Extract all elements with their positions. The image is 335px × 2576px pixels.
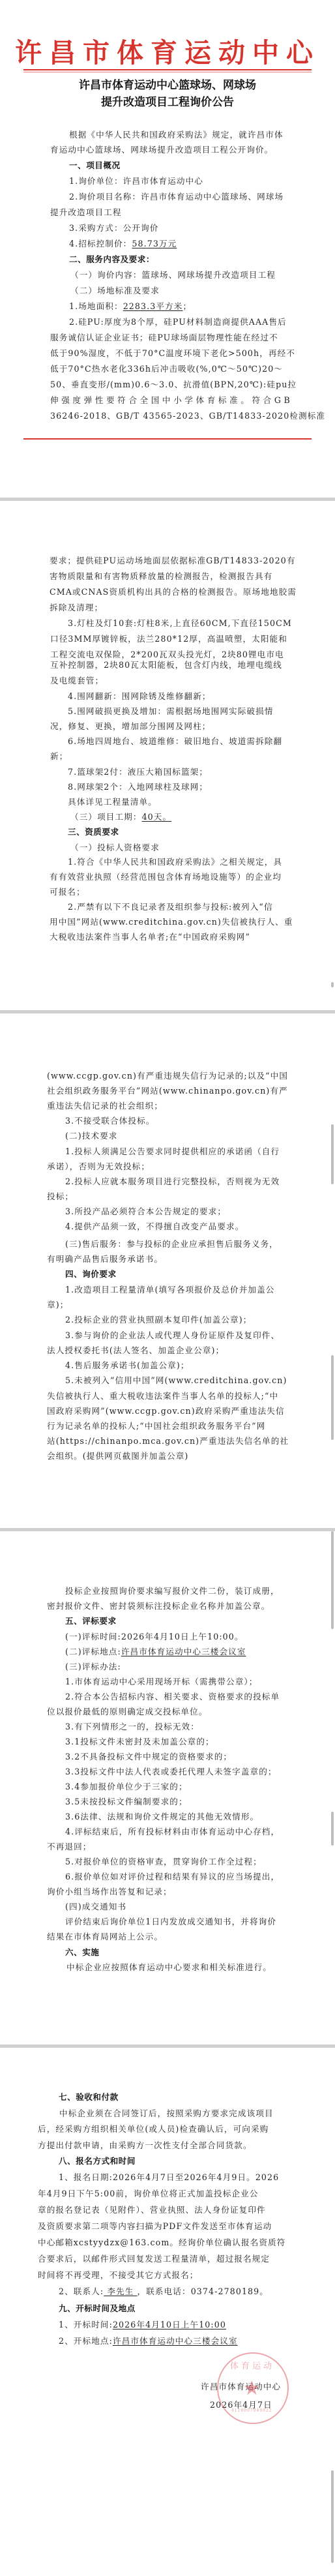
spec-line: CMA或CNAS资质机构出具的合格的检测报告。原场地地胶需 <box>50 587 297 597</box>
section2-heading: 二、服务内容及要求： <box>69 254 154 265</box>
eval-line: 位以报价最低的原则确定成交投标单位。 <box>47 1707 208 1717</box>
fence-replacement: 况，修复、更换，增加部分围网及网柱； <box>50 721 211 732</box>
closing-line: 密封报价文件、密封袋须标注投标企业名称并加盖公章。 <box>47 1601 270 1611</box>
light-spec-line: 3.灯柱及灯10套:灯柱8米,上直径60CM,下直径150CM <box>68 618 292 629</box>
eval-place: (二)评标地点:许昌市体育运动中心三楼会议室 <box>65 1647 246 1657</box>
spec-line: 36246-2018、GB/T 43565-2023、GB/T14833-202… <box>50 411 325 421</box>
acceptance-line: 后，经采购方组织相关单位(或人员)检查确认后，可向采购 <box>38 2124 269 2134</box>
eval-line: 3.5未按投标文件编制要求的； <box>65 1797 188 1807</box>
eval-line: 3.6法律、法规和询价文件规定的其他无效情形。 <box>65 1812 259 1822</box>
page-1: 许昌市体育运动中心 许昌市体育运动中心篮球场、网球场 提升改造项目工程询价公告 … <box>0 0 335 497</box>
title-line-2: 提升改造项目工程询价公告 <box>0 94 335 111</box>
section2-sub2: （二）场地标准及要求 <box>70 286 160 296</box>
masthead-red-rule-thin <box>23 72 312 72</box>
eval-line: 2.符合本公告招标内容、相关要求、资格要求的投标单 <box>65 1692 280 1702</box>
document-title: 许昌市体育运动中心篮球场、网球场 提升改造项目工程询价公告 <box>0 77 335 111</box>
masthead-red-rule <box>23 69 312 70</box>
scroll-indicator[interactable] <box>331 982 334 987</box>
qualification-line: (www.ccgp.gov.cn)有严重违规失信行为记录的;以及“中国 <box>47 1071 288 1081</box>
site-area-suffix: ； <box>182 301 192 311</box>
page-3: (www.ccgp.gov.cn)有严重违规失信行为记录的;以及“中国 社会组织… <box>0 1013 335 1528</box>
qualification-line: 有有效营业执照（经营范围包含体育场地设施等）的企业均 <box>50 872 282 882</box>
qualification-line: 可报名； <box>50 887 85 897</box>
light-spec-line: 口径3MM厚镀锌板，法兰280*12厚，高温喷塑，太阳能和 <box>50 634 287 644</box>
scroll-indicator[interactable] <box>331 1812 334 1846</box>
spec-line: 要求；提供硅PU运动场地面层依据标准GB/T14833-2020有 <box>50 556 296 566</box>
inquiry-line: 5.未被列入“信用中国”网(www.creditchina.gov.cn) <box>65 1375 287 1386</box>
spec-line: 50、垂直变形/(mm)0.6～3.0、抗滑值(BPN,20℃):硅pu拉 <box>50 380 297 390</box>
section9-heading: 九、开标时间及地点 <box>59 2303 136 2314</box>
control-price: 4.招标控制价：58.73万元 <box>69 239 177 249</box>
title-line-1: 许昌市体育运动中心篮球场、网球场 <box>0 77 335 94</box>
tech-line: 承诺），否则为无效投标； <box>47 1161 150 1172</box>
inquiry-line: 站(https://chinanpo.mca.gov.cn)严重违法失信名单的社 <box>47 1436 289 1446</box>
section5-heading: 五、评标要求 <box>65 1616 117 1626</box>
spec-line: 害物质限量和有害物质释放量的检测报告，检测报告具有 <box>50 571 272 582</box>
section1-item: 2.询价项目名称：许昌市体育运动中心篮球场、网球场 <box>69 192 284 202</box>
section7-heading: 七、验收和付款 <box>59 2092 119 2103</box>
eval-line: 3.4参加报价单位少于三家的； <box>65 1782 188 1792</box>
inquiry-line: 会组织。(提供网页截图并加盖公章) <box>47 1451 188 1461</box>
opening-time-label: 1、开标时间: <box>59 2320 113 2329</box>
scroll-indicator[interactable] <box>331 1124 334 1184</box>
seal-code: 4110007049822 <box>231 2408 272 2413</box>
notice-line: 评价结束后询价单位1日内发放成交通知书，并将询价 <box>65 1917 276 1927</box>
section6-text: 中标企业应按照体育运动中心要求和相关标准进行。 <box>66 1962 272 1973</box>
contact-name: 李先生 <box>104 2286 137 2296</box>
registration-date: 1、报名日期:2026年4月7日至2026年4月9日。2026 <box>59 2172 279 2183</box>
eval-line: 3.有下列情形之一的，投标无效： <box>65 1722 199 1732</box>
qualification-line: 2.严禁有以下不良记录者及组织参与投标:被列入“信 <box>68 902 273 912</box>
contact-line: 2、联系人: 李先生 ，联系电话：0374-2780189。 <box>59 2286 269 2297</box>
spec-line: 2.硅PU:厚度为8个厚，硅PU材料制造商提供AAA售后 <box>69 317 287 327</box>
eval-line: 3.3投标文件中法人代表或委托代理人未签字盖章的； <box>65 1767 277 1777</box>
section8-heading: 八、报名方式和时间 <box>59 2156 136 2166</box>
inquiry-line: 3.参与询价的企业法人或代理人身份证原件及复印件、 <box>65 1330 280 1341</box>
platform-repair: 新； <box>50 751 68 762</box>
registration-line: 年4月9日下午5:00前，询价单位将正式加盖投标企业公 <box>38 2189 258 2199</box>
notice-line: 结果在市体育局网站上公示。 <box>47 1932 163 1942</box>
project-period: （三）项目工期：40天。 <box>70 812 171 822</box>
intro-line-2: 育运动中心篮球场、网球场提升改造项目工程公开询价。 <box>50 145 273 155</box>
section1-item: 提升改造项目工程 <box>50 207 122 218</box>
qualification-line: 大税收违法案件当事人名单者;在“中国政府采购网” <box>50 932 250 942</box>
official-seal: 体育运动 ★ 4110007049822 <box>217 2352 289 2424</box>
acceptance-line: 方提出付款申请，由采购方一次性支付全部合同货款。 <box>38 2140 252 2151</box>
inquiry-line: 2.投标企业的营业执照副本复印件(加盖公章)； <box>65 1315 252 1325</box>
inquiry-line: 1.改造项目工程量清单(填写各项报价及总价并加盖公 <box>65 1285 275 1295</box>
qualification-line: 1.符合《中华人民共和国政府采购法》之相关规定，具 <box>68 857 282 867</box>
tech-line: 2.投标人应就本服务项目进行完整投标，否则视为无效 <box>65 1176 280 1187</box>
intro-line-1: 根据《中华人民共和国政府采购法》规定，就许昌市体 <box>69 130 284 140</box>
inquiry-line: 失信被执行人、重大税收违法案件当事人名单的投标人;“中 <box>47 1391 278 1401</box>
opening-time: 1、开标时间:2026年4月10日上午10:00 <box>59 2320 226 2330</box>
seal-text: 体育运动 <box>230 2359 274 2371</box>
control-price-value: 58.73万元 <box>132 239 177 248</box>
acceptance-line: 中标企业须在合同签订后，按照采购方要求完成该项目 <box>59 2108 274 2119</box>
contact-phone: ，联系电话：0374-2780189。 <box>138 2286 269 2296</box>
eval-time: (一)评标时间:2026年4月10日上午10:00。 <box>65 1632 244 1642</box>
notice-heading: (四)成交通知书 <box>65 1902 126 1912</box>
footer-red-rule <box>23 438 312 440</box>
registration-line: 中心邮箱xcstyydzx@163.com。经询价单位确认报名资质符 <box>38 2238 285 2248</box>
section1-item: 3.采购方式：公开询价 <box>69 223 158 233</box>
control-price-label: 4.招标控制价： <box>69 239 132 248</box>
inquiry-line: 国政府采购网”(www.ccgp.gov.cn)政府采购严重违法失信 <box>47 1406 285 1416</box>
eval-line: 不再退回； <box>47 1842 91 1852</box>
light-spec-line: 互补控制器，2块80瓦太阳能板，包含灯内线，地埋电缆线 <box>50 660 282 670</box>
basketball-stand: 7.篮球架2付：液压大箱国标篮架； <box>68 767 208 777</box>
eval-method: (三)评标办法: <box>65 1662 121 1672</box>
eval-line: 4.评标结束后，所有投标材料由市体育运动中心存档， <box>65 1827 280 1837</box>
spec-line: 拆除及清理； <box>50 603 103 613</box>
spec-line: 伸强度弹性要符合全国中小学体育标准。符合GB <box>50 395 293 406</box>
section1-heading: 一、项目概况 <box>69 160 121 171</box>
tech-line: 4.提供产品须一致，不得擅自改变产品要求。 <box>65 1221 244 1232</box>
tech-line: 3.所投产品必须符合本公告规定的要求； <box>65 1206 226 1217</box>
eval-place-value: 许昌市体育运动中心三楼会议室 <box>121 1647 246 1656</box>
eval-line: 6.报价单位如对评价过程和结果有异议的应当场提出， <box>65 1872 280 1882</box>
section3-sub2: (二)技术要求 <box>65 1131 118 1141</box>
registration-line: 章的报名登记表（见附件）、营业执照、法人身份证复印件 <box>38 2205 266 2215</box>
closing-line: 投标企业按照询价要求编写报价文件二份，装订成册， <box>65 1586 280 1596</box>
page-4: 投标企业按照询价要求编写报价文件二份，装订成册， 密封报价文件、密封袋须标注投标… <box>0 1531 335 2044</box>
tech-line: 投标； <box>47 1191 74 1202</box>
site-area: 1.场地面积：2283.3平方米； <box>69 301 192 312</box>
contact-label: 2、联系人: <box>59 2286 104 2296</box>
eval-line: 询价小组当场作出答复和记录； <box>47 1887 172 1897</box>
tennis-stand: 8.网球架2个：入地网球柱及球网； <box>68 782 208 792</box>
section4-heading: 四、询价要求 <box>65 1269 117 1280</box>
scroll-indicator[interactable] <box>331 2470 334 2563</box>
light-spec-line: 及电缆套管； <box>50 676 104 686</box>
eval-line: 3.1投标文件未密封及未加盖公章的； <box>65 1737 214 1747</box>
qualification-line: 用中国”网站(www.creditchina.gov.cn)失信被执行人、重 <box>50 917 293 927</box>
section3-heading: 三、资质要求 <box>68 827 119 837</box>
spec-line: 服务诚信认证企业证书；硅PU球场面层物理性能在经过不 <box>50 333 278 343</box>
inquiry-line: 4.售后服务承诺书(加盖公章)； <box>65 1360 190 1371</box>
scroll-indicator[interactable] <box>331 1355 334 1440</box>
eval-place-label: (二)评标地点: <box>65 1647 121 1656</box>
light-spec-line: 工程交流电双保险，2*200瓦双头投光灯，2块80锂电市电 <box>50 650 284 660</box>
seal-star-icon: ★ <box>243 2377 261 2400</box>
platform-repair: 6.场地四周地台、坡道维修：破旧地台、坡道需拆除翻 <box>68 736 282 747</box>
opening-place-label: 2、开标地点: <box>59 2336 113 2346</box>
after-sales: 有明确产品售后服务承诺书。 <box>47 1254 163 1265</box>
fence-replacement: 5.围网破损更换及增加：需根据场地围网实际破损情 <box>68 706 273 717</box>
inquiry-line: 行为记录名单的投标人;“中国社会组织政务服务平台”网 <box>47 1421 265 1431</box>
registration-line: 时间将不再受理，不接受其它方式报名； <box>38 2270 199 2281</box>
no-consortium: 3.不接受联合体投标。 <box>65 1116 154 1126</box>
section6-heading: 六、实施 <box>65 1947 99 1958</box>
inquiry-line: 章)； <box>47 1300 68 1310</box>
opening-time-value: 2026年4月10日上午10:00 <box>113 2320 226 2329</box>
section3-sub1: （一）投标人资格要求 <box>70 843 160 853</box>
eval-line: 3.2不具备投标文件中规定的资格要求的； <box>65 1752 232 1762</box>
registration-line: 合要求后，以邮件形式回复发送工程量清单，超过报名规定 <box>38 2254 270 2264</box>
site-area-label: 1.场地面积： <box>69 301 123 311</box>
project-period-label: （三）项目工期： <box>70 812 142 822</box>
eval-line: 1.市体育运动中心采用现场开标（需携带公章）； <box>65 1677 257 1687</box>
fence-renovation: 4.围网翻新：围网除锈及维修翻新； <box>68 691 211 702</box>
section1-item: 1.询价单位：许昌市体育运动中心 <box>69 176 203 187</box>
page-2: 要求；提供硅PU运动场地面层依据标准GB/T14833-2020有 害物质限量和… <box>0 501 335 1010</box>
eval-line: 5.对报价单位的资格审查，贯穿询价工作全过程； <box>65 1857 262 1867</box>
section2-sub1: （一）询价内容：篮球场、网球场提升改造项目工程 <box>70 270 276 280</box>
masthead: 许昌市体育运动中心 <box>0 31 335 70</box>
opening-place: 2、开标地点:许昌市体育运动中心三楼会议室 <box>59 2336 238 2346</box>
qualification-line: 重违法失信记录的社会组织； <box>47 1101 163 1111</box>
spec-line: 低于70°C热水老化336h后冲击吸收(%,0℃～50℃)20～ <box>50 364 283 374</box>
site-area-value: 2283.3平方米 <box>123 301 183 311</box>
tech-line: 1.投标人须满足公告要求同时提供相应的承诺函（自行 <box>65 1146 280 1157</box>
opening-place-value: 许昌市体育运动中心三楼会议室 <box>113 2336 238 2346</box>
spec-line: 低于90%湿度，不低于70°C温度环境下老化>500h，再经不 <box>50 348 295 359</box>
after-sales: (三)售后服务：参与投标的企业应承担售后服务义务， <box>65 1239 278 1250</box>
qualification-line: 社会组织政务服务平台”网站(www.chinanpo.gov.cn)有严 <box>47 1086 288 1096</box>
quantity-note: 具体详见工程量清单。 <box>68 797 157 807</box>
registration-line: 及资质要求第二项等内容扫描为PDF文件发送至市体育运动 <box>38 2221 272 2232</box>
scroll-indicator[interactable] <box>331 1531 334 1629</box>
inquiry-line: 法人授权委托书(法人签名、加盖企业公章)； <box>47 1345 224 1356</box>
page-5: 七、验收和付款 中标企业须在合同签订后，按照采购方要求完成该项目 后，经采购方组… <box>0 2048 335 2576</box>
project-period-value: 40天。 <box>142 812 172 822</box>
